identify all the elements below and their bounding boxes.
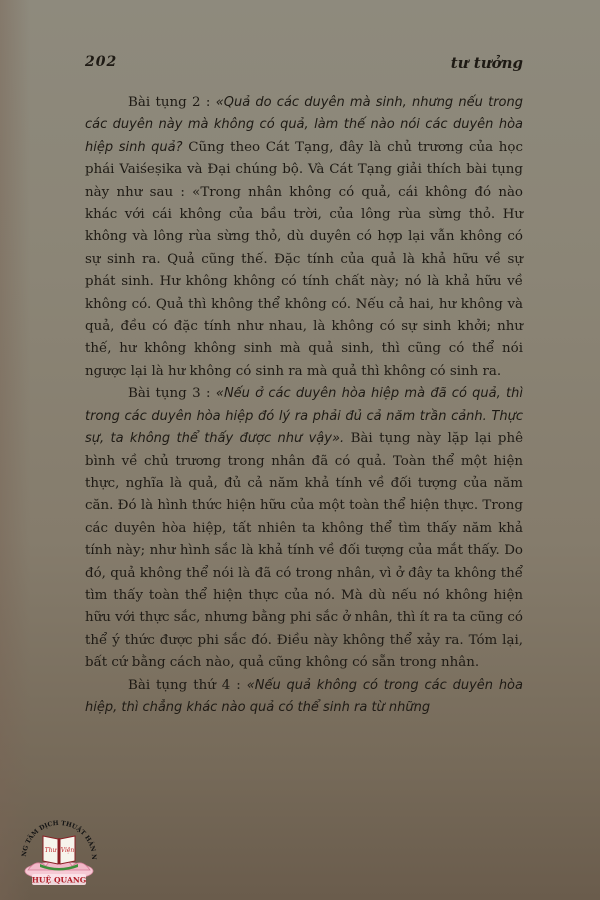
paragraph-verse-4: Bài tụng thứ 4 : «Nếu quả không có trong… [85,675,523,720]
verse-label: Bài tụng thứ 4 : [128,678,247,693]
hue-quang-logo: TRUNG TÂM DỊCH THUẬT HÁN NÔM Thư Viện HU… [16,816,102,896]
page-edge-shadow [0,0,30,900]
verse-label: Bài tụng 3 : [128,386,216,401]
page-header: 202 tư tưởng [85,54,523,76]
logo-name: HUỆ QUANG [32,876,87,885]
body-text: Bài tụng 2 : «Quả do các duyên mà sinh, … [85,92,523,719]
commentary: Cũng theo Cát Tạng, đây là chủ trương củ… [85,140,523,379]
verse-label: Bài tụng 2 : [128,95,216,110]
running-title: tư tưởng [451,54,523,72]
paragraph-verse-3: Bài tụng 3 : «Nếu ở các duyên hòa hiệp m… [85,383,523,674]
logo-book-right: Viện [61,847,75,854]
page-number: 202 [85,54,117,70]
paragraph-verse-2: Bài tụng 2 : «Quả do các duyên mà sinh, … [85,92,523,383]
logo-book-left: Thư [45,847,58,854]
commentary: Bài tụng này lặp lại phê bình về chủ trư… [85,431,523,670]
open-book-lotus-icon: TRUNG TÂM DỊCH THUẬT HÁN NÔM Thư Viện HU… [16,816,102,896]
